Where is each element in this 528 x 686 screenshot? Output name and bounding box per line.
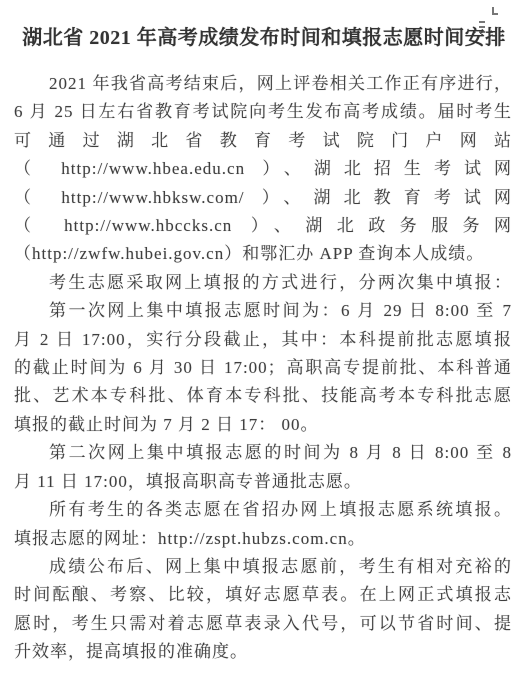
text-line: 2021 年我省高考结束后，网上评卷相关工作正有序进行， <box>14 70 512 98</box>
document-body: 2021 年我省高考结束后，网上评卷相关工作正有序进行，6 月 25 日左右省教… <box>14 70 512 667</box>
text-line: 第一次网上集中填报志愿时间为：6 月 29 日 8:00 至 7 <box>14 297 512 325</box>
text-line: 所有考生的各类志愿在省招办网上填报志愿系统填报。 <box>14 496 512 524</box>
text-line: 可通过湖北省教育考试院门户网站 <box>14 127 512 155</box>
text-line: 升效率，提高填报的准确度。 <box>14 638 512 666</box>
text-line: 填报志愿的网址：http://zspt.hubzs.com.cn。 <box>14 525 512 553</box>
text-line: 时间酝酿、考察、比较，填好志愿草表。在上网正式填报志 <box>14 581 512 609</box>
text-line: 考生志愿采取网上填报的方式进行，分两次集中填报： <box>14 269 512 297</box>
document-page: 湖北省 2021 年高考成绩发布时间和填报志愿时间安排 2021 年我省高考结束… <box>0 0 528 686</box>
text-line: 第二次网上集中填报志愿的时间为 8 月 8 日 8:00 至 8 <box>14 439 512 467</box>
text-line: （ http://www.hbksw.com/ ）、湖北教育考试网 <box>14 184 512 212</box>
text-line: （ http://www.hbccks.cn ）、湖北政务服务网 <box>14 212 512 240</box>
text-line: 批、艺术本专科批、体育本专科批、技能高考本专科批志愿 <box>14 382 512 410</box>
text-line: （http://zwfw.hubei.gov.cn）和鄂汇办 APP 查询本人成… <box>14 240 512 268</box>
text-line: 的截止时间为 6 月 30 日 17:00；高职高专提前批、本科普通 <box>14 354 512 382</box>
text-line: 月 11 日 17:00，填报高职高专普通批志愿。 <box>14 468 512 496</box>
text-line: （ http://www.hbea.edu.cn ）、湖北招生考试网 <box>14 155 512 183</box>
text-line: 成绩公布后、网上集中填报志愿前，考生有相对充裕的 <box>14 553 512 581</box>
document-title: 湖北省 2021 年高考成绩发布时间和填报志愿时间安排 <box>0 21 528 50</box>
text-line: 6 月 25 日左右省教育考试院向考生发布高考成绩。届时考生 <box>14 98 512 126</box>
scan-artifact-top-right-1 <box>492 7 494 15</box>
text-line: 月 2 日 17:00，实行分段截止，其中：本科提前批志愿填报 <box>14 326 512 354</box>
text-line: 填报的截止时间为 7 月 2 日 17： 00。 <box>14 411 512 439</box>
scan-artifact-top-right-2 <box>479 21 485 33</box>
text-line: 愿时，考生只需对着志愿草表录入代号，可以节省时间、提 <box>14 610 512 638</box>
